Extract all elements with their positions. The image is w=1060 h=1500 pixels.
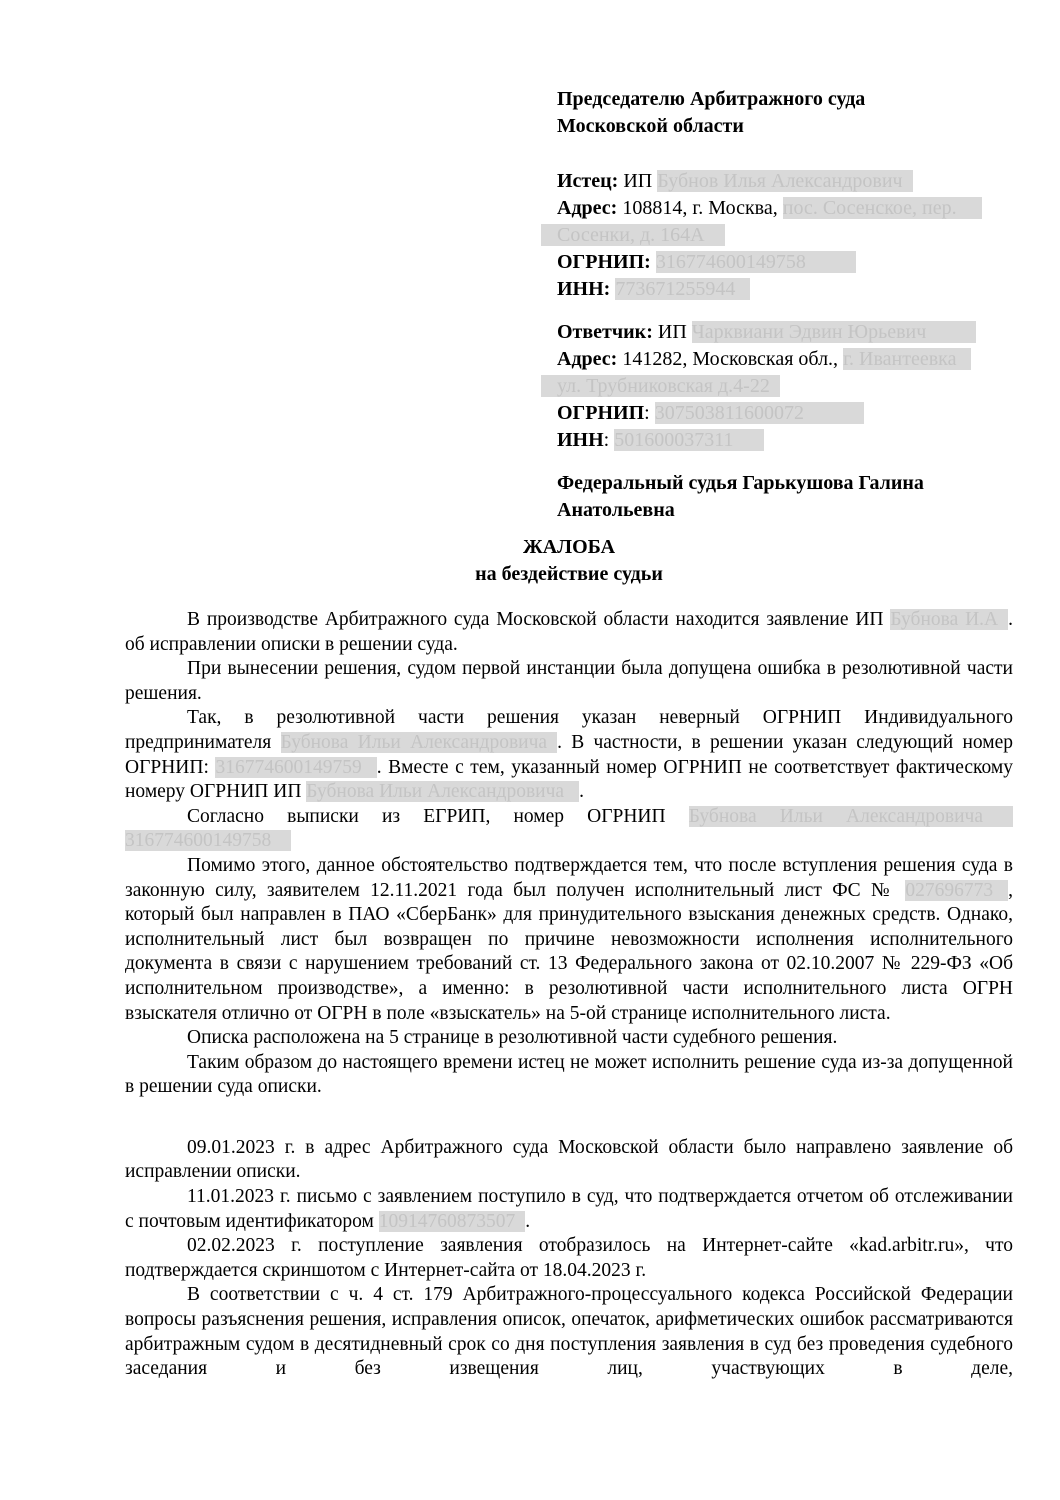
paragraph-10: 02.02.2023 г. поступление заявления отоб…	[125, 1234, 1013, 1283]
redacted-text: Бубнова И.А	[890, 609, 1008, 630]
defendant-address-line-2: ул. Трубниковская д.4-22	[557, 373, 1015, 400]
redacted-text: 316774600149758	[125, 830, 291, 851]
plaintiff-address-line-2: Сосенки, д. 164А	[557, 222, 1015, 249]
paragraph-7: Таким образом до настоящего времени исте…	[125, 1051, 1013, 1100]
redacted-text: 027696773	[905, 880, 1008, 901]
defendant-name-redaction: Чарквиани Эдвин Юрьевич	[692, 321, 977, 343]
plaintiff-address-redaction-2: Сосенки, д. 164А	[541, 224, 725, 246]
text-segment: .	[579, 781, 584, 802]
document-subtitle: на бездействие судьи	[125, 561, 1013, 588]
text-segment: При вынесении решения, судом первой инст…	[125, 658, 1013, 704]
defendant-ogrnip-redaction: 307503811600072	[655, 402, 864, 424]
addressee-block: Председателю Арбитражного суда Московско…	[557, 86, 1015, 524]
addressee-region-line: Московской области	[557, 113, 1015, 140]
paragraph-2: При вынесении решения, судом первой инст…	[125, 657, 1013, 706]
defendant-address-value: 141282, Московская обл.,	[622, 348, 838, 370]
plaintiff-address-label: Адрес:	[557, 197, 617, 219]
defendant-name-line: Ответчик: ИП Чарквиани Эдвин Юрьевич	[557, 319, 1015, 346]
defendant-inn-separator: :	[604, 429, 615, 451]
defendant-label: Ответчик:	[557, 321, 653, 343]
text-segment: Таким образом до настоящего времени исте…	[125, 1052, 1013, 1098]
document-title: ЖАЛОБА	[125, 534, 1013, 561]
defendant-inn-line: ИНН: 501600037311	[557, 427, 1015, 454]
redacted-text: 10914760873507	[379, 1211, 526, 1232]
addressee-court-line: Председателю Арбитражного суда	[557, 86, 1015, 113]
paragraph-8: 09.01.2023 г. в адрес Арбитражного суда …	[125, 1136, 1013, 1185]
document-title-block: ЖАЛОБА на бездействие судьи	[125, 534, 1013, 588]
vertical-gap	[557, 454, 1015, 470]
text-segment: 11.01.2023 г. письмо с заявлением поступ…	[125, 1186, 1013, 1232]
defendant-address-label: Адрес:	[557, 348, 617, 370]
paragraph-5: Помимо этого, данное обстоятельство подт…	[125, 854, 1013, 1026]
redacted-text: 316774600149759	[215, 757, 376, 778]
plaintiff-address-value: 108814, г. Москва,	[622, 197, 777, 219]
defendant-address-redaction-2: ул. Трубниковская д.4-22	[541, 375, 780, 397]
text-segment: Помимо этого, данное обстоятельство подт…	[125, 855, 1013, 901]
text-segment: 09.01.2023 г. в адрес Арбитражного суда …	[125, 1137, 1013, 1183]
paragraph-1: В производстве Арбитражного суда Московс…	[125, 608, 1013, 657]
paragraph-4: Согласно выписки из ЕГРИП, номер ОГРНИП …	[125, 805, 1013, 854]
redacted-text: Бубнова Ильи Александровича	[306, 781, 579, 802]
defendant-prefix: ИП	[658, 321, 687, 343]
text-segment: , который был направлен в ПАО «СберБанк»…	[125, 880, 1013, 1024]
defendant-ogrnip-separator: :	[644, 402, 655, 424]
paragraph-3: Так, в резолютивной части решения указан…	[125, 706, 1013, 804]
vertical-gap	[557, 303, 1015, 319]
text-segment: В производстве Арбитражного суда Московс…	[187, 609, 890, 630]
plaintiff-prefix: ИП	[623, 170, 652, 192]
plaintiff-name-redaction: Бубнов Илья Александрович	[657, 170, 912, 192]
text-segment: Описка расположена на 5 странице в резол…	[187, 1027, 837, 1048]
plaintiff-ogrnip-line: ОГРНИП: 316774600149758	[557, 249, 1015, 276]
paragraph-11: В соответствии с ч. 4 ст. 179 Арбитражно…	[125, 1283, 1013, 1381]
plaintiff-name-line: Истец: ИП Бубнов Илья Александрович	[557, 168, 1015, 195]
defendant-address-line: Адрес: 141282, Московская обл., г. Ивант…	[557, 346, 1015, 373]
plaintiff-label: Истец:	[557, 170, 618, 192]
document-body: В производстве Арбитражного суда Московс…	[125, 608, 1013, 1382]
defendant-address-redaction-1: г. Ивантеевка	[843, 348, 971, 370]
plaintiff-address-redaction-1: пос. Сосенское, пер.	[783, 197, 982, 219]
defendant-ogrnip-label: ОГРНИП	[557, 402, 644, 424]
plaintiff-ogrnip-redaction: 316774600149758	[656, 251, 856, 273]
defendant-ogrnip-line: ОГРНИП: 307503811600072	[557, 400, 1015, 427]
plaintiff-inn-line: ИНН: 773671255944	[557, 276, 1015, 303]
plaintiff-ogrnip-label: ОГРНИП:	[557, 251, 651, 273]
text-segment: 02.02.2023 г. поступление заявления отоб…	[125, 1235, 1013, 1281]
defendant-inn-redaction: 501600037311	[614, 429, 763, 451]
plaintiff-address-line: Адрес: 108814, г. Москва, пос. Сосенское…	[557, 195, 1015, 222]
text-segment: В соответствии с ч. 4 ст. 179 Арбитражно…	[125, 1284, 1013, 1379]
redacted-text: Бубнова Ильи Александровича	[281, 732, 558, 753]
paragraph-6: Описка расположена на 5 странице в резол…	[125, 1026, 1013, 1051]
document-page: Председателю Арбитражного суда Московско…	[0, 0, 1060, 1500]
text-segment: .	[525, 1211, 530, 1232]
plaintiff-inn-redaction: 773671255944	[615, 278, 750, 300]
redacted-text: Бубнова Ильи Александровича	[689, 806, 1013, 827]
defendant-inn-label: ИНН	[557, 429, 604, 451]
plaintiff-inn-label: ИНН:	[557, 278, 610, 300]
text-segment: Согласно выписки из ЕГРИП, номер ОГРНИП	[187, 806, 689, 827]
paragraph-9: 11.01.2023 г. письмо с заявлением поступ…	[125, 1185, 1013, 1234]
judge-name: Федеральный судья Гарькушова Галина Анат…	[557, 470, 1015, 524]
vertical-gap	[557, 140, 1015, 168]
